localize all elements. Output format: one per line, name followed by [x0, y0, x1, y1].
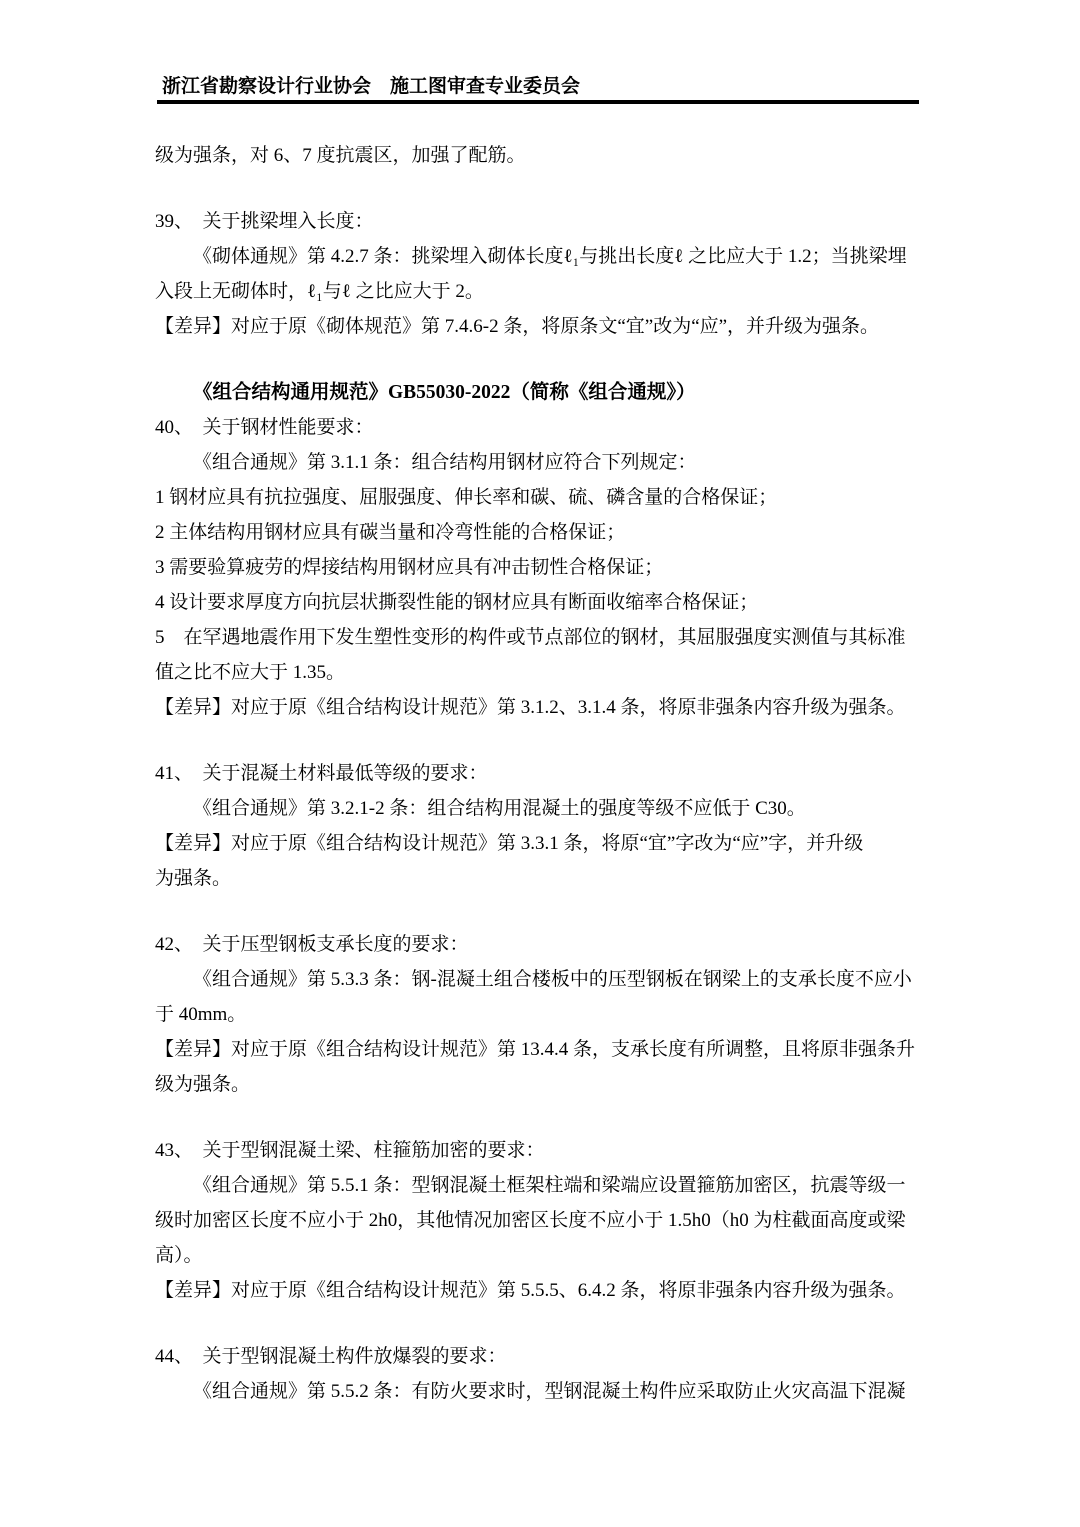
text-line: 《组合通规》第 5.5.1 条：型钢混凝土框架柱端和梁端应设置箍筋加密区，抗震等… — [155, 1168, 930, 1203]
text-line: 42、 关于压型钢板支承长度的要求： — [155, 927, 930, 962]
blank-line — [155, 896, 930, 927]
blank-line — [155, 1102, 930, 1133]
text-line: 级为强条。 — [155, 1067, 930, 1102]
blank-line — [155, 173, 930, 204]
text-line: 41、 关于混凝土材料最低等级的要求： — [155, 756, 930, 791]
blank-line — [155, 344, 930, 375]
text-line: 44、 关于型钢混凝土构件放爆裂的要求： — [155, 1339, 930, 1374]
text-line: 《组合通规》第 5.3.3 条：钢-混凝土组合楼板中的压型钢板在钢梁上的支承长度… — [155, 962, 930, 997]
document-header-title: 浙江省勘察设计行业协会 施工图审查专业委员会 — [162, 71, 580, 98]
text-line: 2 主体结构用钢材应具有碳当量和冷弯性能的合格保证； — [155, 515, 930, 550]
text-line: 【差异】对应于原《组合结构设计规范》第 5.5.5、6.4.2 条，将原非强条内… — [155, 1273, 930, 1308]
document-body: 级为强条，对 6、7 度抗震区，加强了配筋。39、 关于挑梁埋入长度：《砌体通规… — [155, 138, 930, 1409]
text-line: 【差异】对应于原《砌体规范》第 7.4.6-2 条，将原条文“宜”改为“应”，并… — [155, 309, 930, 344]
text-line: 【差异】对应于原《组合结构设计规范》第 3.1.2、3.1.4 条，将原非强条内… — [155, 690, 930, 725]
text-line: 40、 关于钢材性能要求： — [155, 410, 930, 445]
text-line: 《砌体通规》第 4.2.7 条：挑梁埋入砌体长度ℓ₁与挑出长度ℓ 之比应大于 1… — [155, 239, 930, 274]
text-line: 为强条。 — [155, 861, 930, 896]
blank-line — [155, 1308, 930, 1339]
text-line: 43、 关于型钢混凝土梁、柱箍筋加密的要求： — [155, 1133, 930, 1168]
text-line: 于 40mm。 — [155, 997, 930, 1032]
text-line: 4 设计要求厚度方向抗层状撕裂性能的钢材应具有断面收缩率合格保证； — [155, 585, 930, 620]
text-line: 《组合通规》第 3.2.1-2 条：组合结构用混凝土的强度等级不应低于 C30。 — [155, 791, 930, 826]
text-line: 【差异】对应于原《组合结构设计规范》第 3.3.1 条，将原“宜”字改为“应”字… — [155, 826, 930, 861]
document-page: 浙江省勘察设计行业协会 施工图审查专业委员会 级为强条，对 6、7 度抗震区，加… — [0, 0, 1080, 1527]
text-line: 3 需要验算疲劳的焊接结构用钢材应具有冲击韧性合格保证； — [155, 550, 930, 585]
text-line: 39、 关于挑梁埋入长度： — [155, 204, 930, 239]
text-line: 《组合通规》第 5.5.2 条：有防火要求时，型钢混凝土构件应采取防止火灾高温下… — [155, 1374, 930, 1409]
blank-line — [155, 725, 930, 756]
text-line: 值之比不应大于 1.35。 — [155, 655, 930, 690]
text-line: 【差异】对应于原《组合结构设计规范》第 13.4.4 条，支承长度有所调整，且将… — [155, 1032, 930, 1067]
text-line: 《组合通规》第 3.1.1 条：组合结构用钢材应符合下列规定： — [155, 445, 930, 480]
text-line: 5 在罕遇地震作用下发生塑性变形的构件或节点部位的钢材，其屈服强度实测值与其标准 — [155, 620, 930, 655]
text-line: 级时加密区长度不应小于 2h0，其他情况加密区长度不应小于 1.5h0（h0 为… — [155, 1203, 930, 1238]
text-line: 1 钢材应具有抗拉强度、屈服强度、伸长率和碳、硫、磷含量的合格保证； — [155, 480, 930, 515]
text-line: 级为强条，对 6、7 度抗震区，加强了配筋。 — [155, 138, 930, 173]
section-heading: 《组合结构通用规范》GB55030-2022（简称《组合通规》） — [155, 375, 930, 410]
header-rule — [157, 100, 919, 104]
text-line: 入段上无砌体时，ℓ₁与ℓ 之比应大于 2。 — [155, 274, 930, 309]
text-line: 高）。 — [155, 1238, 930, 1273]
